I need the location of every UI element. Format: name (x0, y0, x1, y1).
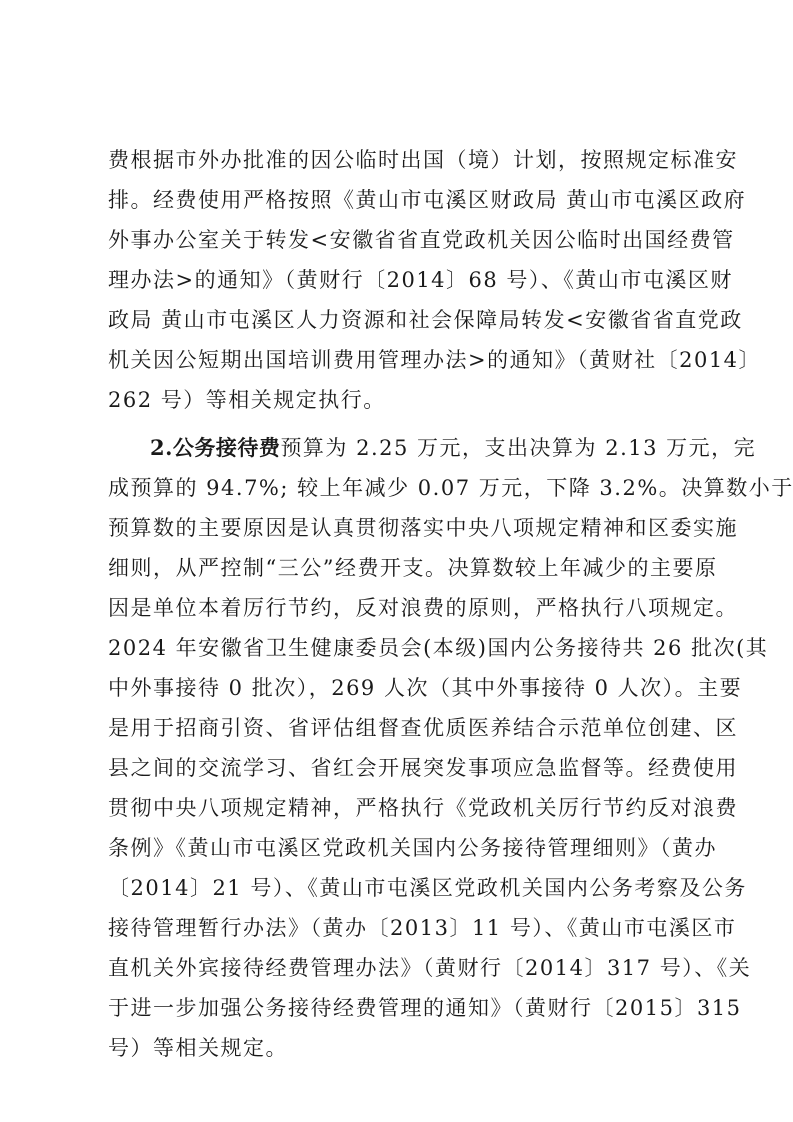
text-line: 2024 年安徽省卫生健康委员会(本级)国内公务接待共 26 批次(其 (108, 628, 692, 668)
text-line: 因是单位本着厉行节约，反对浪费的原则，严格执行八项规定。 (108, 588, 692, 628)
text-line: 外事办公室关于转发<安徽省省直党政机关因公临时出国经费管 (108, 220, 692, 260)
text-line: 〔2014〕21 号）、《黄山市屯溪区党政机关国内公务考察及公务 (108, 868, 692, 908)
section-heading: 2.公务接待费 (150, 435, 280, 460)
text-line: 预算数的主要原因是认真贯彻落实中央八项规定精神和区委实施 (108, 508, 692, 548)
text-line: 政局 黄山市屯溪区人力资源和社会保障局转发<安徽省省直党政 (108, 300, 692, 340)
text-line: 直机关外宾接待经费管理办法》（黄财行〔2014〕317 号）、《关 (108, 948, 692, 988)
text-line: 成预算的 94.7%; 较上年减少 0.07 万元，下降 3.2%。决算数小于 (108, 468, 692, 508)
text-line: 是用于招商引资、省评估组督查优质医养结合示范单位创建、区 (108, 708, 692, 748)
text-line: 排。经费使用严格按照《黄山市屯溪区财政局 黄山市屯溪区政府 (108, 180, 692, 220)
text-line: 号）等相关规定。 (108, 1028, 692, 1068)
heading-rest: 预算为 2.25 万元，支出决算为 2.13 万元，完 (280, 436, 756, 460)
text-line: 细则，从严控制“三公”经费开支。决算数较上年减少的主要原 (108, 548, 692, 588)
paragraph-outbound-travel: 费根据市外办批准的因公临时出国（境）计划，按照规定标准安 排。经费使用严格按照《… (108, 140, 692, 420)
document-page: 费根据市外办批准的因公临时出国（境）计划，按照规定标准安 排。经费使用严格按照《… (108, 140, 692, 1068)
text-line: 条例》《黄山市屯溪区党政机关国内公务接待管理细则》（黄办 (108, 828, 692, 868)
text-line: 接待管理暂行办法》（黄办〔2013〕11 号）、《黄山市屯溪区市 (108, 908, 692, 948)
text-line: 费根据市外办批准的因公临时出国（境）计划，按照规定标准安 (108, 140, 692, 180)
paragraph-reception-expense: 2.公务接待费预算为 2.25 万元，支出决算为 2.13 万元，完 成预算的 … (108, 428, 692, 1068)
text-line-first: 2.公务接待费预算为 2.25 万元，支出决算为 2.13 万元，完 (108, 428, 692, 468)
paragraph-gap (108, 420, 692, 428)
text-line: 中外事接待 0 批次），269 人次（其中外事接待 0 人次）。主要 (108, 668, 692, 708)
text-line: 262 号）等相关规定执行。 (108, 380, 692, 420)
text-line: 县之间的交流学习、省红会开展突发事项应急监督等。经费使用 (108, 748, 692, 788)
text-line: 理办法>的通知》（黄财行〔2014〕68 号）、《黄山市屯溪区财 (108, 260, 692, 300)
text-line: 贯彻中央八项规定精神，严格执行《党政机关厉行节约反对浪费 (108, 788, 692, 828)
text-line: 机关因公短期出国培训费用管理办法>的通知》（黄财社〔2014〕 (108, 340, 692, 380)
text-line: 于进一步加强公务接待经费管理的通知》（黄财行〔2015〕315 (108, 988, 692, 1028)
